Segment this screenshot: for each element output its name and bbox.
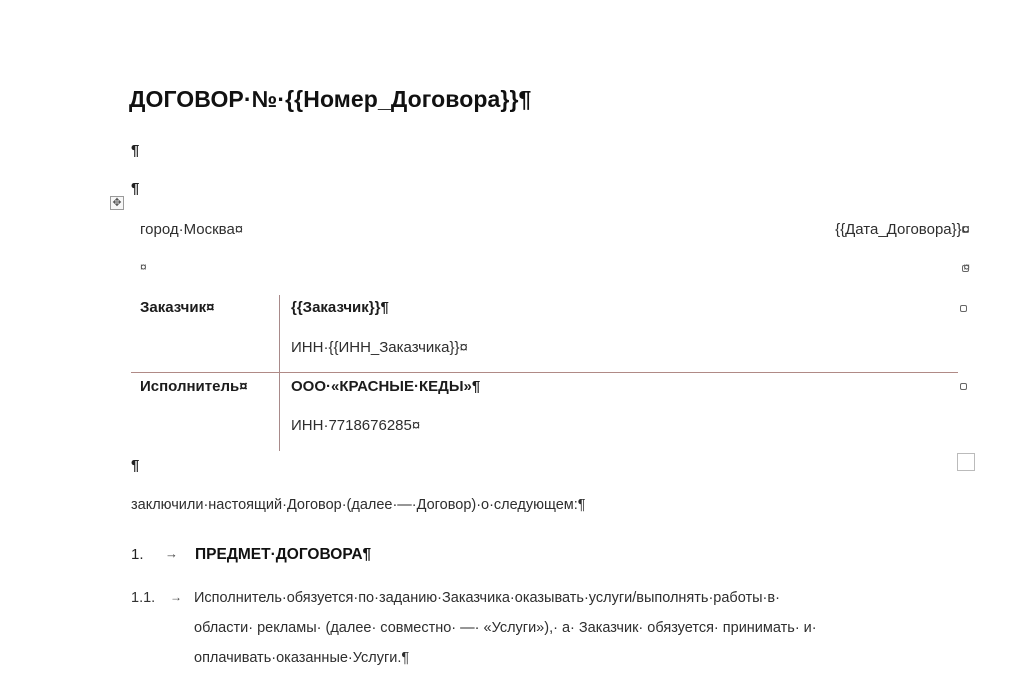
customer-name[interactable]: {{Заказчик}}¶ [291, 299, 389, 316]
tab-arrow-icon: → [165, 546, 178, 561]
move-arrows-icon: ✥ [112, 198, 121, 209]
row-end-marker [960, 305, 967, 312]
document-page[interactable]: ДОГОВОР·№·{{Номер_Договора}}¶ ¶ ¶ ✥ горо… [0, 0, 1024, 677]
table-move-handle[interactable]: ✥ [110, 196, 124, 210]
empty-paragraph[interactable]: ¶ [131, 180, 139, 197]
row-end-marker [960, 383, 967, 390]
section-number: 1. [131, 546, 144, 563]
executor-name[interactable]: ООО·«КРАСНЫЕ·КЕДЫ»¶ [291, 378, 480, 395]
item-number: 1.1. [131, 590, 155, 606]
intro-paragraph[interactable]: заключили·настоящий·Договор·(далее·—·Дог… [131, 497, 586, 513]
item-text-line[interactable]: Исполнитель·обязуется·по·заданию·Заказчи… [194, 590, 780, 606]
table-row-border [131, 372, 958, 373]
item-text-line[interactable]: оплачивать·оказанные·Услуги.¶ [194, 650, 409, 666]
item-text-line[interactable]: области· рекламы· (далее· совместно· —· … [194, 620, 817, 636]
empty-box-marker [957, 453, 975, 471]
customer-inn[interactable]: ИНН·{{ИНН_Заказчика}}¤ [291, 339, 468, 356]
row-end-marker [962, 226, 969, 233]
document-title[interactable]: ДОГОВОР·№·{{Номер_Договора}}¶ [129, 86, 531, 113]
empty-cell-left[interactable]: ¤ [140, 260, 147, 274]
tab-arrow-icon: → [170, 590, 182, 604]
executor-inn[interactable]: ИНН·7718676285¤ [291, 417, 420, 434]
empty-paragraph[interactable]: ¶ [131, 142, 139, 159]
customer-label[interactable]: Заказчик¤ [140, 299, 214, 316]
contract-date-cell[interactable]: {{Дата_Договора}}¤ [835, 221, 970, 238]
row-end-marker [962, 265, 969, 272]
table-column-border [279, 295, 280, 451]
executor-label[interactable]: Исполнитель¤ [140, 378, 248, 395]
empty-paragraph[interactable]: ¶ [131, 457, 139, 474]
city-cell[interactable]: город·Москва¤ [140, 221, 243, 238]
section-title[interactable]: ПРЕДМЕТ·ДОГОВОРА¶ [195, 546, 371, 564]
